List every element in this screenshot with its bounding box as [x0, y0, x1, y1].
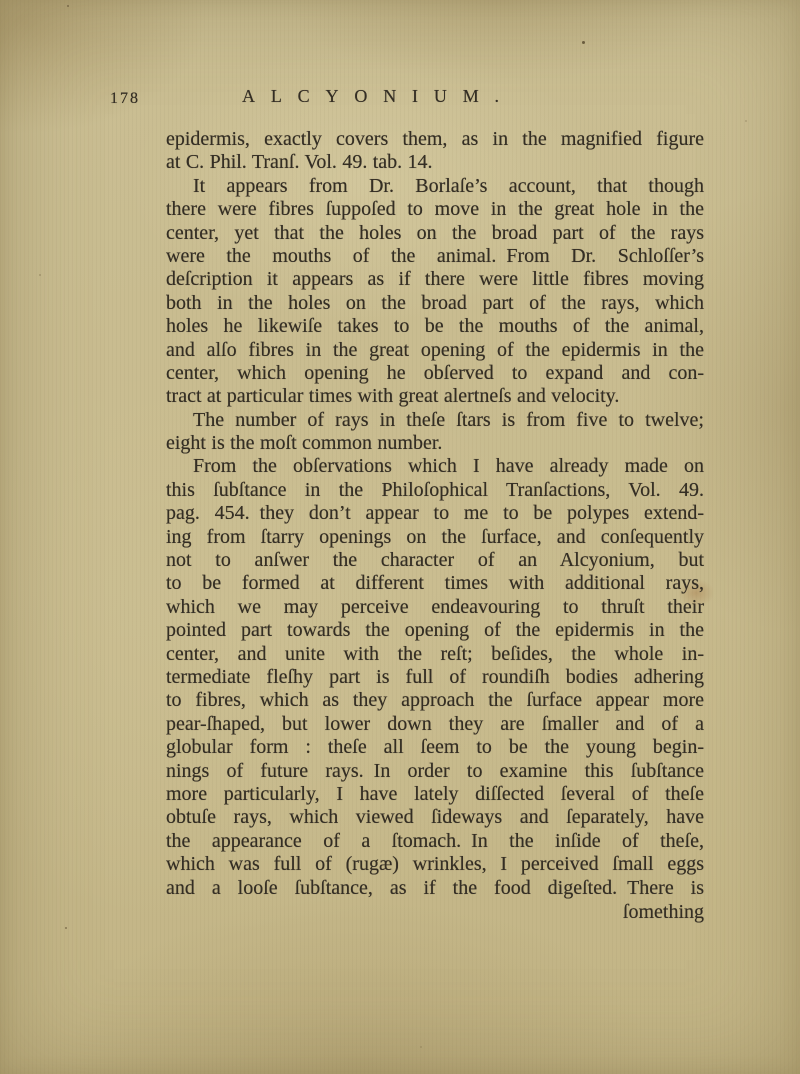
text-line: this ſubſtance in the Philoſophical Tran… — [166, 479, 704, 502]
text-line: epidermis, exactly covers them, as in th… — [166, 128, 704, 151]
text-line: nings of future rays. In order to examin… — [166, 760, 704, 783]
text-line: which we may perceive endeavouring to th… — [166, 596, 704, 619]
book-page: 178 ALCYONIUM. epidermis, exactly covers… — [0, 0, 800, 1074]
text-line: holes he likewiſe takes to be the mouths… — [166, 315, 704, 338]
catchword: ſomething — [623, 901, 704, 924]
text-line: pear-ſhaped, but lower down they are ſma… — [166, 713, 704, 736]
text-line: which was full of (rugæ) wrinkles, I per… — [166, 853, 704, 876]
paper-speck — [745, 120, 747, 122]
text-line: ing from ſtarry openings on the ſurface,… — [166, 526, 704, 549]
text-line: eight is the moſt common number. — [166, 432, 704, 455]
text-line: deſcription it appears as if there were … — [166, 268, 704, 291]
text-line: center, yet that the holes on the broad … — [166, 222, 704, 245]
text-line: globular form : theſe all ſeem to be the… — [166, 736, 704, 759]
paper-speck — [582, 41, 585, 44]
text-line: From the obſervations which I have alrea… — [166, 455, 704, 478]
text-line: The number of rays in theſe ſtars is fro… — [166, 409, 704, 432]
text-line: center, and unite with the reſt; beſides… — [166, 643, 704, 666]
paper-speck — [65, 927, 67, 929]
text-line: were the mouths of the animal. From Dr. … — [166, 245, 704, 268]
text-line: and a looſe ſubſtance, as if the food di… — [166, 877, 704, 900]
text-line: to be formed at different times with add… — [166, 572, 704, 595]
page-number: 178 — [110, 90, 140, 108]
body-text: epidermis, exactly covers them, as in th… — [166, 128, 704, 900]
text-line: both in the holes on the broad part of t… — [166, 292, 704, 315]
text-line: the appearance of a ſtomach. In the inſi… — [166, 830, 704, 853]
paper-speck — [39, 274, 41, 276]
text-line: to fibres, which as they approach the ſu… — [166, 689, 704, 712]
text-line: obtuſe rays, which viewed ſideways and ſ… — [166, 806, 704, 829]
text-line: tract at particular times with great ale… — [166, 385, 704, 408]
text-line: more particularly, I have lately diſſect… — [166, 783, 704, 806]
text-line: termediate fleſhy part is full of roundi… — [166, 666, 704, 689]
text-line: and alſo fibres in the great opening of … — [166, 339, 704, 362]
text-line: not to anſwer the character of an Alcyon… — [166, 549, 704, 572]
running-title: ALCYONIUM. — [242, 86, 515, 107]
text-line: at C. Phil. Tranſ. Vol. 49. tab. 14. — [166, 151, 704, 174]
paper-speck — [420, 1046, 422, 1048]
text-line: It appears from Dr. Borlaſe’s account, t… — [166, 175, 704, 198]
paper-speck — [67, 5, 69, 7]
text-line: there were fibres ſuppoſed to move in th… — [166, 198, 704, 221]
text-line: pag. 454. they don’t appear to me to be … — [166, 502, 704, 525]
text-line: center, which opening he obſerved to exp… — [166, 362, 704, 385]
text-line: pointed part towards the opening of the … — [166, 619, 704, 642]
